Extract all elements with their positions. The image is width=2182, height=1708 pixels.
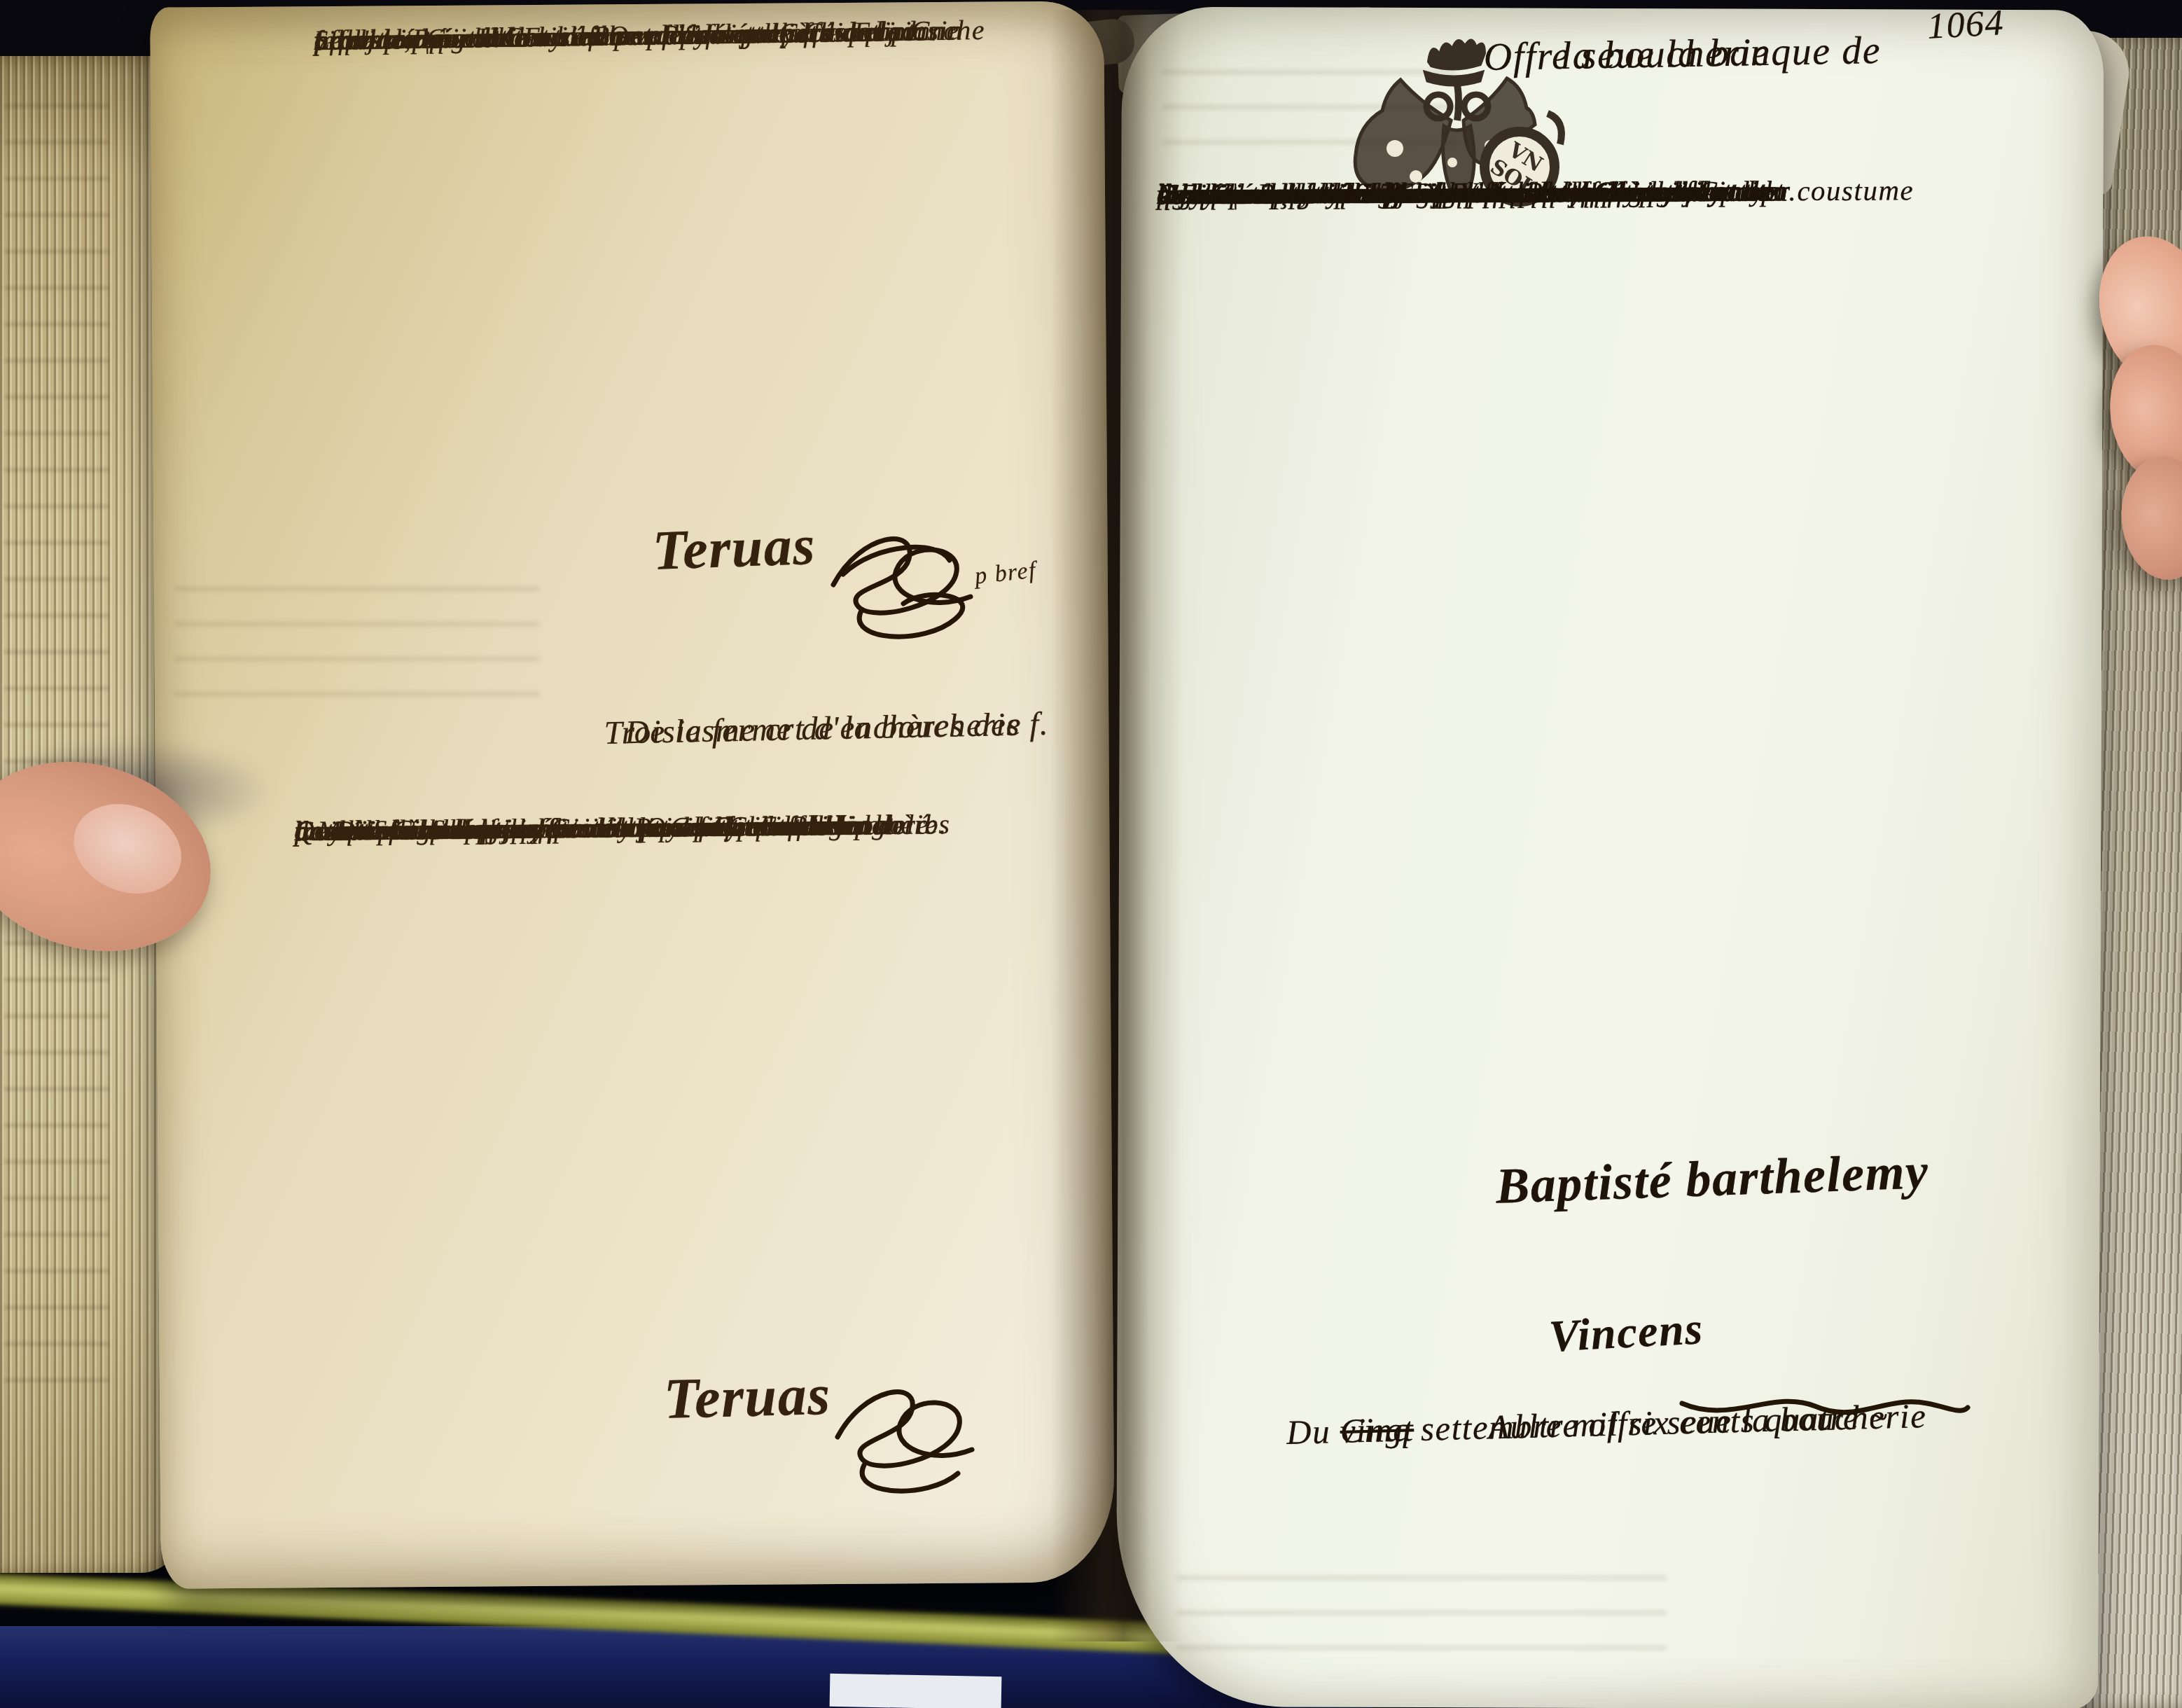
folio-number: 1064	[1926, 2, 2006, 48]
manuscript-line: Soubzné |—	[314, 16, 458, 63]
thumb-nail	[60, 789, 195, 909]
left-page	[150, 1, 1115, 1588]
signature-flourish-icon	[818, 1367, 1007, 1507]
notary-signature: Teruas	[651, 514, 816, 583]
party-signature-vincens: Vincens	[1548, 1303, 1704, 1362]
manuscript-line: Court Soubzné |—	[294, 807, 517, 853]
notary-signature: Teruas	[663, 1362, 832, 1432]
manuscript-line: signé |—	[1157, 170, 1267, 217]
manuscript-photo: VN SOL de la maizon de ville Ont fait me…	[0, 0, 2182, 1708]
manuscript-line: la boucherie	[1560, 26, 1771, 83]
table-white-object	[830, 1674, 1002, 1708]
manuscript-line: De la ferme de la boucherie	[625, 702, 1022, 756]
